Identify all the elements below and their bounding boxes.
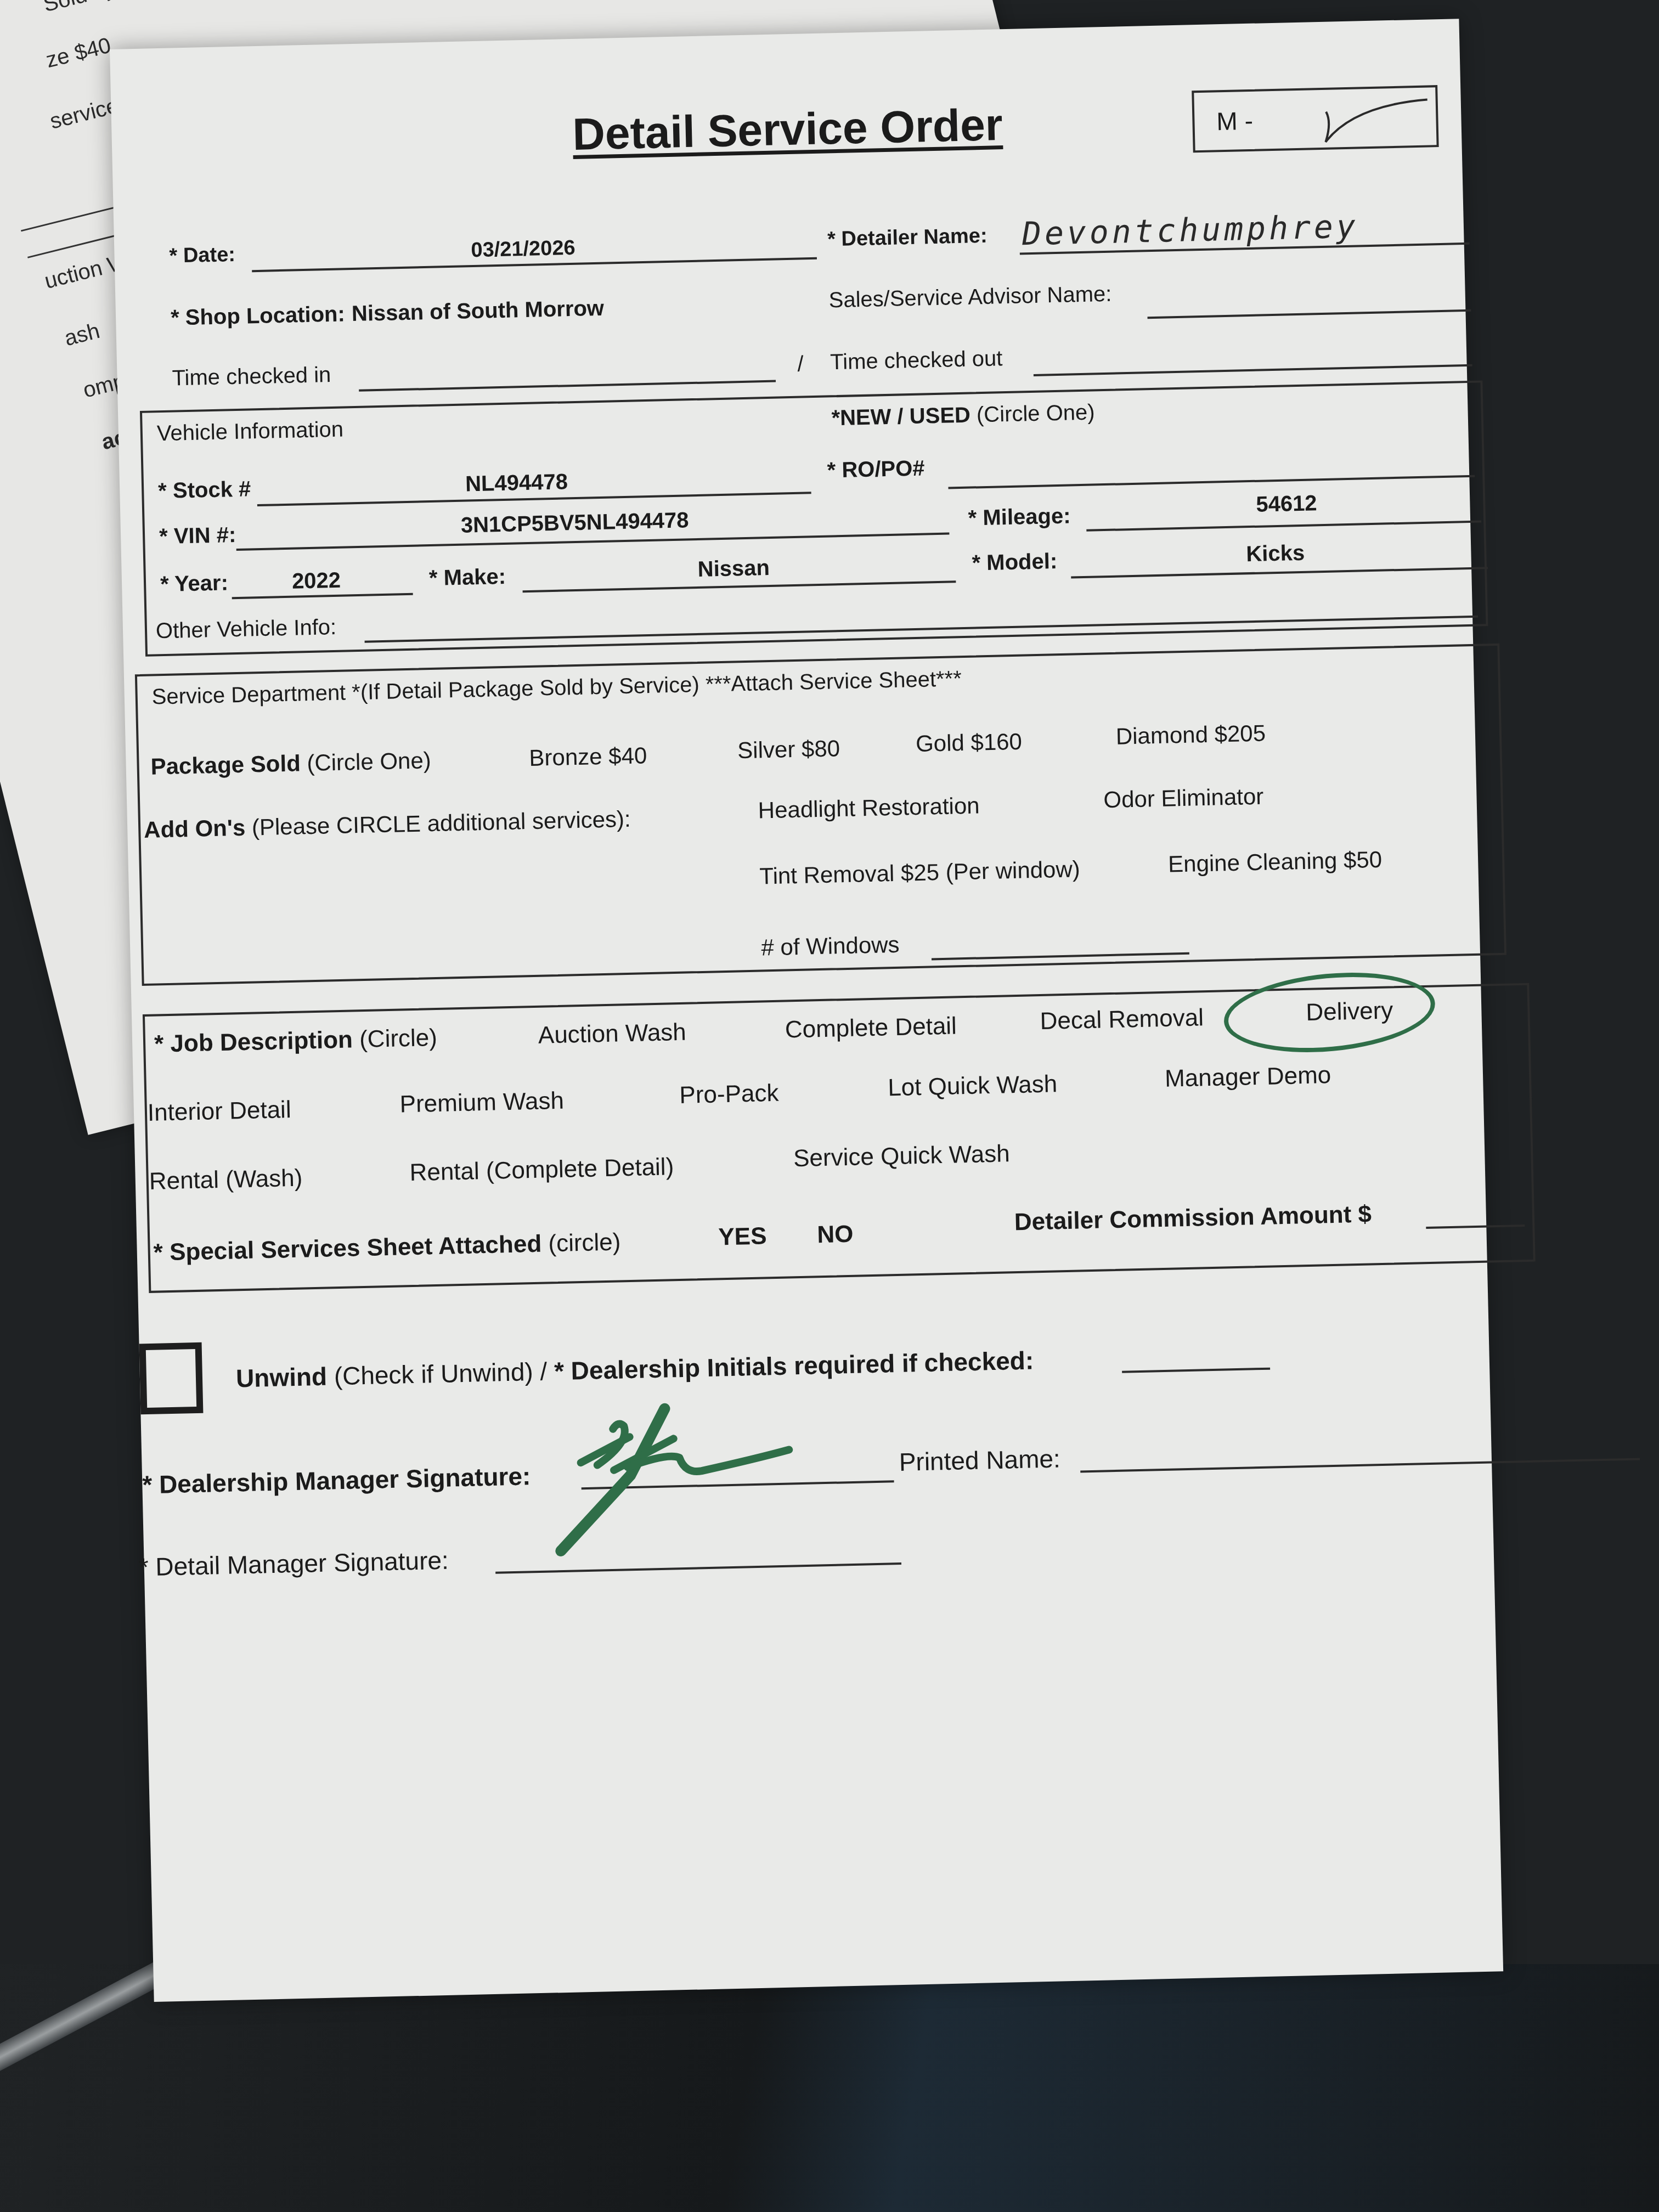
mileage-label: * Mileage:	[968, 504, 1071, 531]
time-separator: /	[797, 352, 804, 376]
bg-fragment: ze $40	[43, 33, 113, 74]
detailer-name-label: * Detailer Name:	[827, 224, 988, 252]
model-label: * Model:	[972, 549, 1058, 576]
package-option-diamond[interactable]: Diamond $205	[1115, 720, 1266, 750]
ro-po-label: * RO/PO#	[827, 456, 925, 483]
dealership-manager-signature-label: * Dealership Manager Signature:	[142, 1461, 531, 1499]
dealership-initials-label: * Dealership Initials required if checke…	[554, 1346, 1034, 1385]
job-option-decal-removal[interactable]: Decal Removal	[1040, 1004, 1204, 1035]
mileage-field[interactable]: 54612	[1256, 491, 1317, 517]
stock-label: * Stock #	[158, 477, 251, 504]
addon-headlight-restoration[interactable]: Headlight Restoration	[758, 792, 980, 823]
vin-field[interactable]: 3N1CP5BV5NL494478	[460, 508, 689, 538]
job-description-instruction: (Circle)	[359, 1024, 438, 1053]
model-field[interactable]: Kicks	[1246, 541, 1305, 567]
time-in-label: Time checked in	[172, 363, 331, 391]
windows-label: # of Windows	[761, 932, 900, 961]
bg-fragment: ash	[62, 319, 102, 351]
vin-label: * VIN #:	[159, 523, 236, 549]
make-field[interactable]: Nissan	[697, 556, 770, 582]
checkmark-icon	[1320, 93, 1431, 145]
handwritten-signature-icon	[547, 1405, 825, 1565]
job-option-auction-wash[interactable]: Auction Wash	[538, 1019, 686, 1049]
detail-manager-signature-label: * Detail Manager Signature:	[138, 1545, 449, 1582]
vehicle-info-label: Vehicle Information	[156, 417, 343, 447]
job-option-interior-detail[interactable]: Interior Detail	[147, 1096, 291, 1127]
time-out-label: Time checked out	[830, 346, 1003, 375]
detail-service-order-form: Detail Service Order M - * Date: 03/21/2…	[110, 19, 1503, 2002]
new-used-label[interactable]: *NEW / USED	[831, 403, 970, 431]
addon-odor-eliminator[interactable]: Odor Eliminator	[1103, 783, 1264, 814]
background-floor	[0, 1964, 1659, 2212]
date-field[interactable]: 03/21/2026	[471, 236, 575, 262]
package-option-gold[interactable]: Gold $160	[916, 729, 1023, 757]
unwind-instruction: (Check if Unwind) /	[334, 1357, 548, 1391]
job-option-rental-wash[interactable]: Rental (Wash)	[149, 1165, 303, 1195]
m-box: M -	[1192, 85, 1438, 153]
stock-field[interactable]: NL494478	[465, 470, 568, 496]
package-sold-label: Package Sold	[150, 750, 301, 779]
advisor-name-label: Sales/Service Advisor Name:	[828, 282, 1112, 313]
form-title: Detail Service Order	[572, 99, 1003, 161]
special-services-yes[interactable]: YES	[718, 1222, 767, 1251]
package-option-silver[interactable]: Silver $80	[737, 735, 840, 764]
addon-engine-cleaning[interactable]: Engine Cleaning $50	[1168, 847, 1383, 878]
job-option-lot-quick-wash[interactable]: Lot Quick Wash	[888, 1070, 1058, 1102]
printed-name-field[interactable]	[1080, 1458, 1640, 1472]
dealership-initials-field[interactable]	[1122, 1368, 1270, 1373]
date-label: * Date:	[169, 243, 235, 268]
new-used-instruction: (Circle One)	[977, 400, 1096, 427]
shop-location-value: Nissan of South Morrow	[352, 296, 605, 326]
job-description-label: * Job Description	[154, 1026, 353, 1057]
addons-label: Add On's	[144, 815, 246, 843]
job-option-complete-detail[interactable]: Complete Detail	[785, 1012, 957, 1043]
package-sold-instruction: (Circle One)	[307, 747, 431, 776]
job-option-pro-pack[interactable]: Pro-Pack	[679, 1080, 779, 1109]
detailer-name-field[interactable]: Devontchumphrey	[1022, 207, 1359, 252]
m-box-label: M -	[1216, 106, 1254, 136]
job-option-premium-wash[interactable]: Premium Wash	[399, 1087, 564, 1119]
bg-fragment: Sold by Se	[41, 0, 150, 17]
shop-location-label: * Shop Location:	[171, 302, 346, 330]
special-services-instruction: (circle)	[548, 1228, 621, 1257]
make-label: * Make:	[429, 565, 506, 591]
special-services-no[interactable]: NO	[817, 1221, 854, 1249]
job-option-manager-demo[interactable]: Manager Demo	[1165, 1062, 1331, 1093]
year-label: * Year:	[160, 571, 229, 597]
other-vehicle-info-label: Other Vehicle Info:	[156, 615, 337, 644]
package-option-bronze[interactable]: Bronze $40	[529, 742, 647, 771]
year-field[interactable]: 2022	[292, 568, 341, 594]
job-option-service-quick-wash[interactable]: Service Quick Wash	[793, 1140, 1011, 1172]
unwind-checkbox[interactable]	[139, 1342, 204, 1415]
unwind-label: Unwind	[235, 1362, 327, 1393]
printed-name-label: Printed Name:	[899, 1443, 1060, 1477]
